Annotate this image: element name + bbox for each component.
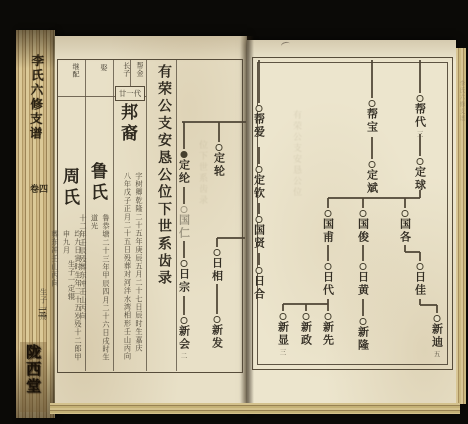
tree-node-annotation: 二 (181, 351, 188, 360)
tree-node-label: 定钦 (254, 174, 265, 199)
tree-node-label: 定轮 (214, 152, 225, 177)
tree-node: 国各 (400, 210, 411, 243)
tree-node-label: 日佳 (415, 271, 426, 296)
tree-edge (218, 122, 219, 142)
tree-edge (258, 147, 259, 164)
tree-node: 新政 (301, 313, 312, 346)
node-circle (303, 313, 310, 320)
tree-node: 定球 (415, 158, 426, 191)
tree-edge (404, 198, 405, 208)
tree-node-label: 日代 (323, 271, 334, 296)
tree-node-label: 定纶 (179, 159, 190, 184)
node-circle (402, 210, 409, 217)
tree-node: 日相 (212, 249, 223, 282)
node-circle (360, 263, 367, 270)
tree-edge (217, 237, 245, 238)
tree-edge (258, 60, 259, 103)
tree-node: 国仁 (179, 206, 190, 239)
tree-edge (420, 304, 437, 305)
node-circle (256, 267, 263, 274)
tree-node: 定斌 (367, 161, 378, 194)
tree-edge (282, 304, 283, 311)
node-circle (214, 249, 221, 256)
tree-edge (216, 284, 217, 314)
tree-node-label: 日黄 (358, 271, 369, 296)
tree-node-label: 新会 (179, 325, 190, 350)
tree-node: 日佳 (415, 263, 426, 296)
tree-node-label: 日宗 (179, 268, 190, 293)
tree-node-label: 国仁 (179, 214, 190, 239)
node-circle (417, 95, 424, 102)
tree-node: 帮爱 (254, 105, 265, 138)
tree-node-label: 新先 (323, 321, 334, 346)
tree-node: 新迪五 (432, 315, 443, 358)
tree-node-label: 帮宝 (367, 108, 378, 133)
tree-node: 日合 (254, 267, 265, 300)
tree-node-label: 新隆 (358, 326, 369, 351)
tree-edge (371, 137, 372, 159)
node-circle (216, 144, 223, 151)
node-circle (214, 316, 221, 323)
tree-node-label: 新显 (278, 321, 289, 346)
tree-node-annotation: 五 (434, 349, 441, 358)
node-circle (325, 313, 332, 320)
node-circle (417, 158, 424, 165)
tree-edge (327, 198, 328, 208)
tree-node: 新会二 (179, 317, 190, 360)
tree-edge (183, 187, 184, 204)
node-circle (181, 151, 188, 158)
node-circle (181, 317, 188, 324)
tree-edge (436, 305, 437, 313)
tree-node-label: 新发 (212, 324, 223, 349)
tree-node-label: 国各 (400, 218, 411, 243)
tree-edge (362, 198, 363, 208)
tree-node-label: 国贤 (254, 224, 265, 249)
tree-node: 帮代三 (415, 95, 426, 138)
tree-node: 新发 (212, 316, 223, 349)
lineage-tree-layer: 帮代三定球帮宝定斌帮爱定钦国贤日合国各国俊国甫日佳日黄日代新迪五新隆新先新政新显… (0, 0, 468, 424)
tree-node: 新先 (323, 313, 334, 346)
node-circle (360, 318, 367, 325)
tree-edge (216, 238, 217, 247)
node-circle (256, 216, 263, 223)
node-circle (181, 206, 188, 213)
tree-edge (419, 60, 420, 93)
tree-node: 定钦 (254, 166, 265, 199)
tree-node: 日代 (323, 263, 334, 296)
tree-edge (183, 241, 184, 258)
node-circle (280, 313, 287, 320)
tree-node-label: 国甫 (323, 218, 334, 243)
tree-node-annotation: 三 (280, 347, 287, 356)
tree-edge (328, 197, 420, 198)
tree-node: 定轮 (214, 144, 225, 177)
node-circle (417, 263, 424, 270)
tree-node: 日宗 (179, 260, 190, 293)
tree-edge (305, 304, 306, 311)
tree-edge (405, 251, 420, 252)
tree-node-label: 新迪 (432, 323, 443, 348)
node-circle (325, 263, 332, 270)
tree-edge (183, 296, 184, 315)
tree-node-label: 帮爱 (254, 113, 265, 138)
tree-edge (183, 122, 184, 149)
tree-node-label: 日合 (254, 275, 265, 300)
tree-edge (371, 60, 372, 98)
tree-node: 新显三 (278, 313, 289, 356)
node-circle (434, 315, 441, 322)
tree-node: 日黄 (358, 263, 369, 296)
node-circle (325, 210, 332, 217)
node-circle (369, 161, 376, 168)
tree-node: 国贤 (254, 216, 265, 249)
tree-node: 帮宝 (367, 100, 378, 133)
tree-node: 新隆 (358, 318, 369, 351)
node-circle (369, 100, 376, 107)
node-circle (181, 260, 188, 267)
tree-node: 国甫 (323, 210, 334, 243)
node-circle (256, 166, 263, 173)
tree-edge (327, 304, 328, 311)
tree-node-label: 帮代 (415, 103, 426, 128)
tree-node-label: 日相 (212, 257, 223, 282)
tree-edge (258, 203, 259, 214)
tree-node-label: 新政 (301, 321, 312, 346)
tree-edge (327, 245, 328, 261)
tree-edge (419, 252, 420, 261)
node-circle (256, 105, 263, 112)
tree-node-label: 国俊 (358, 218, 369, 243)
tree-edge (362, 245, 363, 261)
tree-edge (258, 253, 259, 265)
genealogy-book-photo: 李氏六修支谱 卷四 三 陇西堂 李氏六修支谱 帮金 长子 娶 继配 廿一代 有荣… (0, 0, 468, 424)
tree-node-annotation: 三 (417, 129, 424, 138)
tree-node: 国俊 (358, 210, 369, 243)
tree-node-label: 定斌 (367, 169, 378, 194)
node-circle (360, 210, 367, 217)
tree-edge (182, 121, 246, 122)
tree-node-label: 定球 (415, 166, 426, 191)
tree-node: 定纶 (179, 151, 190, 184)
tree-edge (362, 299, 363, 316)
